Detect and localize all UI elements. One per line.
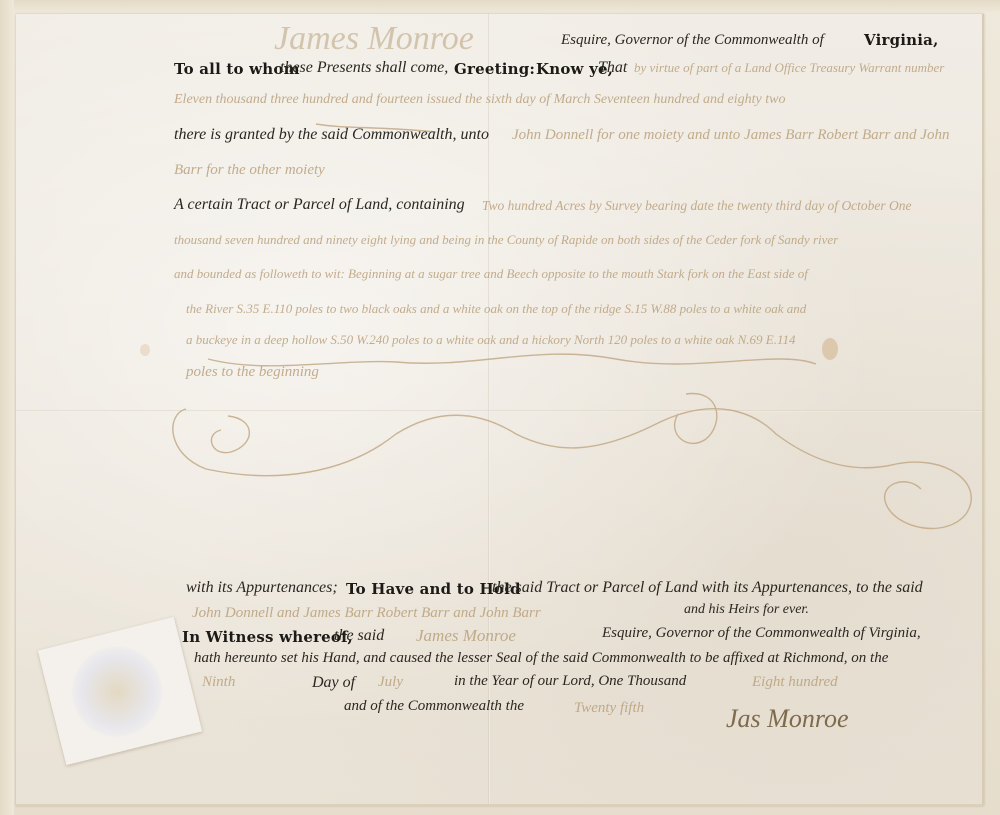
- handwritten-tract-1: Two hundred Acres by Survey bearing date…: [482, 198, 912, 214]
- witness-label: In Witness whereof,: [182, 628, 353, 646]
- handwritten-tract-2: thousand seven hundred and ninety eight …: [174, 232, 838, 248]
- handwritten-witness-governor: James Monroe: [416, 626, 516, 646]
- habendum-appurtenances: with its Appurtenances;: [186, 579, 338, 597]
- greeting-label: Greeting:: [454, 60, 535, 78]
- header-state: Virginia,: [864, 31, 939, 49]
- handwritten-warrant-2: Eleven thousand three hundred and fourte…: [174, 92, 785, 108]
- seal-embossed-disc-icon: [63, 637, 172, 746]
- frame-edge-top: [0, 0, 1000, 12]
- handwritten-grantees: John Donnell for one moiety and unto Jam…: [512, 127, 949, 144]
- header-title-line: Esquire, Governor of the Commonwealth of: [561, 32, 824, 49]
- handwritten-year: Eight hundred: [752, 674, 838, 691]
- witness-day-of: Day of: [312, 674, 355, 692]
- handwritten-grantees-2: Barr for the other moiety: [174, 162, 325, 179]
- handwritten-month: July: [378, 674, 403, 691]
- governor-signature: Jas Monroe: [726, 704, 849, 734]
- land-grant-document: James Monroe Esquire, Governor of the Co…: [16, 14, 984, 806]
- witness-year-text: in the Year of our Lord, One Thousand: [454, 673, 686, 690]
- greeting-that: That: [598, 59, 627, 77]
- tract-label: A certain Tract or Parcel of Land, conta…: [174, 196, 465, 214]
- handwritten-commonwealth-year: Twenty fifth: [574, 700, 644, 717]
- habendum-rest: the said Tract or Parcel of Land with it…: [492, 579, 923, 597]
- handwritten-tract-3: and bounded as followeth to wit: Beginni…: [174, 266, 808, 282]
- habendum-heirs: and his Heirs for ever.: [684, 602, 809, 618]
- grant-granted-by: there is granted by the said Commonwealt…: [174, 126, 489, 144]
- frame-edge-left: [0, 0, 14, 815]
- witness-title-line: Esquire, Governor of the Commonwealth of…: [602, 625, 921, 642]
- witness-commonwealth-the: and of the Commonwealth the: [344, 698, 524, 715]
- handwritten-warrant-1: by virtue of part of a Land Office Treas…: [634, 60, 944, 76]
- witness-the-said: the said: [334, 627, 384, 645]
- handwritten-day: Ninth: [202, 674, 235, 691]
- handwritten-tract-6: poles to the beginning: [186, 364, 319, 381]
- engraved-governor-name: James Monroe: [274, 20, 474, 58]
- handwritten-habendum-grantees: John Donnell and James Barr Robert Barr …: [192, 605, 541, 622]
- handwritten-tract-5: a buckeye in a deep hollow S.50 W.240 po…: [186, 332, 795, 348]
- greeting-these-presents: these Presents shall come,: [280, 59, 448, 77]
- witness-hath-hereunto: hath hereunto set his Hand, and caused t…: [194, 650, 888, 667]
- handwritten-tract-4: the River S.35 E.110 poles to two black …: [186, 301, 806, 317]
